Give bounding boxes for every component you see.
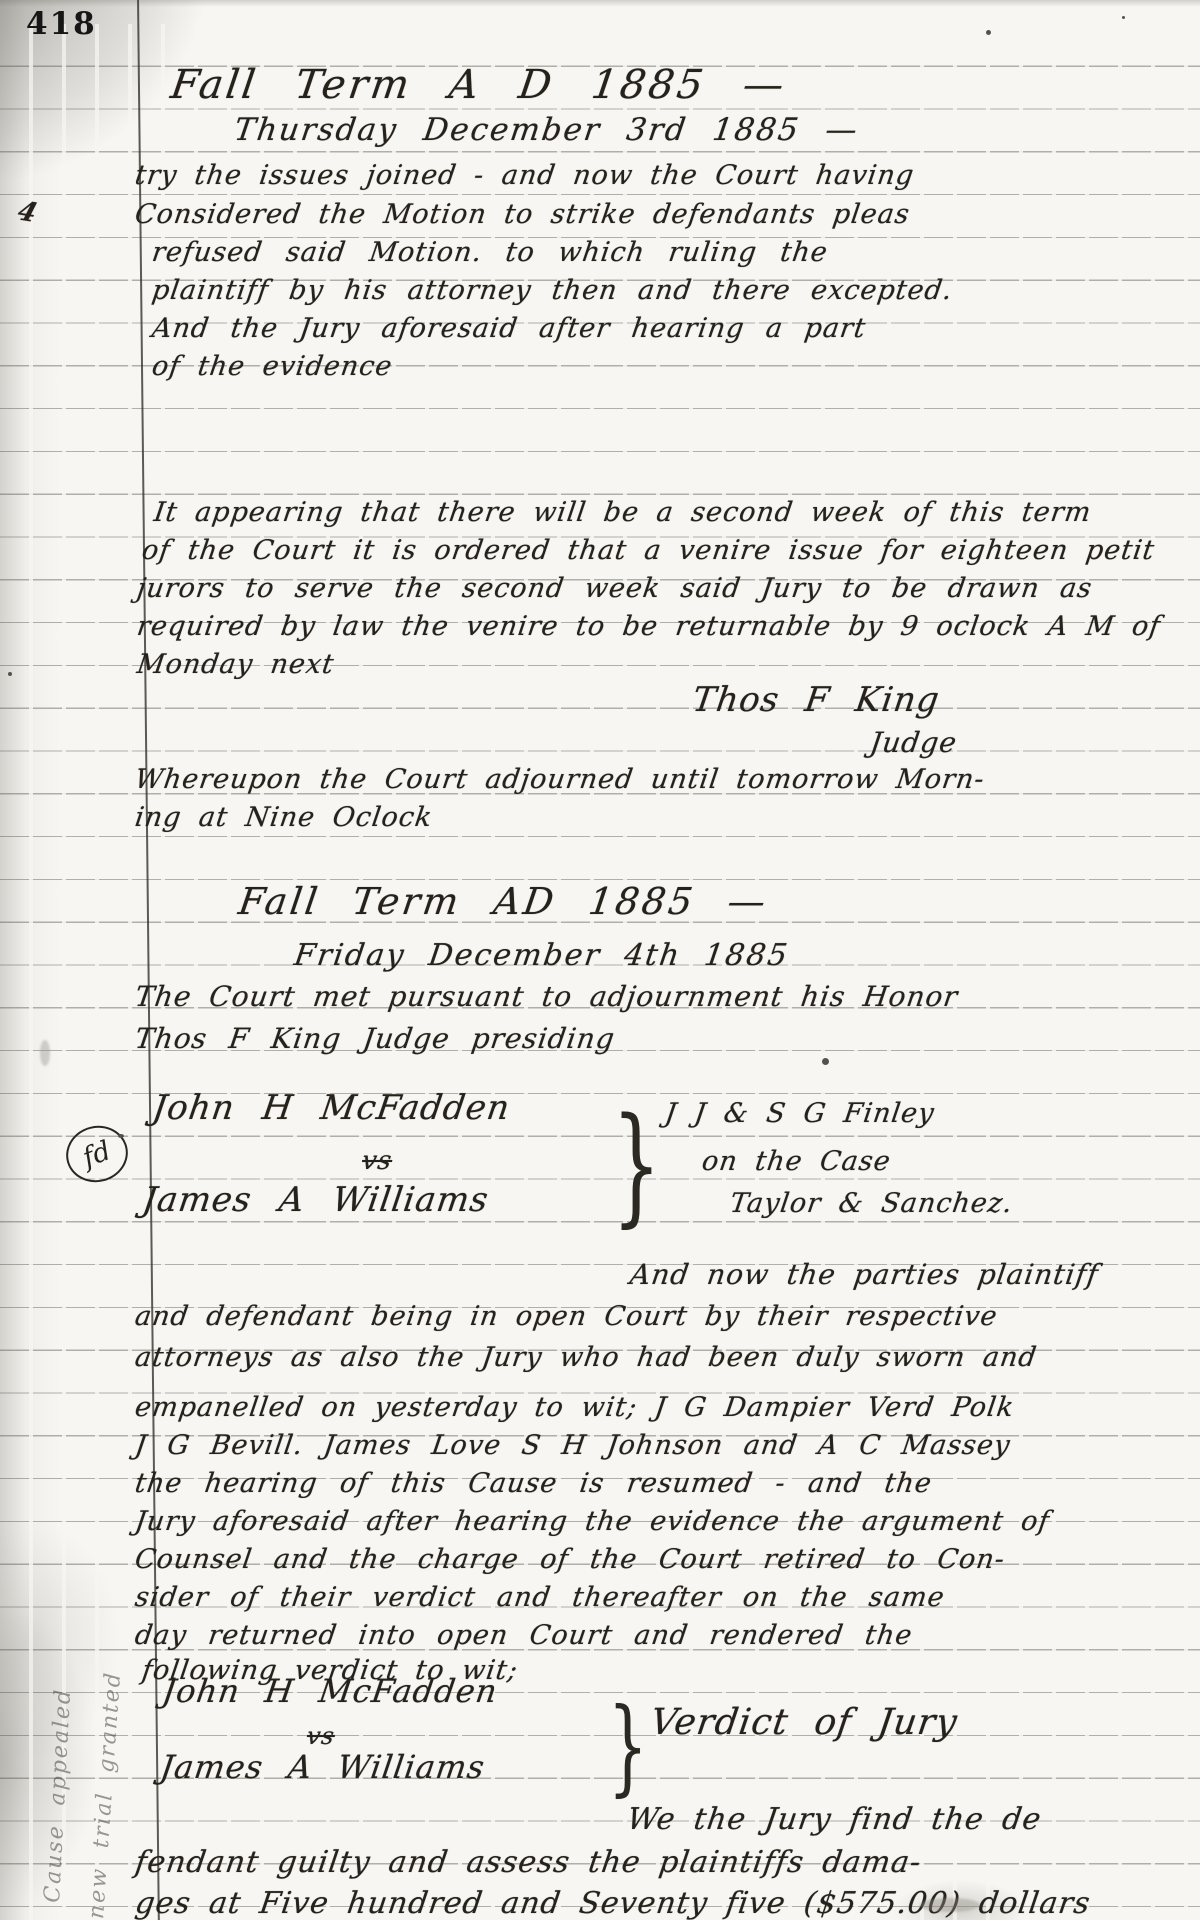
verdict-caption-bracket: }: [608, 1678, 648, 1814]
verdict-caption-versus: vs: [305, 1722, 337, 1750]
entry1-para1-line: plaintiff by his attorney then and there…: [150, 275, 955, 306]
entry2-heading: Fall Term AD 1885 —: [236, 880, 771, 923]
caption-attorney-line: on the Case: [700, 1146, 893, 1177]
entry1-para1-line: Considered the Motion to strike defendan…: [133, 199, 912, 230]
entry1-date-line: Thursday December 3rd 1885 —: [232, 112, 861, 148]
verdict-caption-label: Verdict of Jury: [648, 1702, 960, 1743]
caption-defendant: James A Williams: [140, 1180, 491, 1220]
entry1-para2-line: required by law the venire to be returna…: [135, 611, 1163, 642]
entry1-adjournment-line: ing at Nine Oclock: [133, 802, 435, 833]
caption-plaintiff: John H McFadden: [150, 1088, 513, 1128]
entry2-opening-line: The Court met pursuant to adjournment hi…: [133, 980, 960, 1013]
entry1-para2-line: jurors to serve the second week said Jur…: [135, 573, 1094, 604]
scan-speck: [118, 1134, 124, 1138]
entry1-para1-line: And the Jury aforesaid after hearing a p…: [150, 313, 868, 344]
verdict-line: fendant guilty and assess the plaintiffs…: [133, 1845, 924, 1880]
page-number: 418: [26, 6, 97, 42]
caption-attorney-line: J J & S G Finley: [663, 1098, 937, 1129]
verdict-caption-defendant: James A Williams: [158, 1748, 488, 1786]
caption-bracket: }: [612, 1082, 661, 1250]
entry2-opening-line: Thos F King Judge presiding: [133, 1022, 617, 1055]
entry2-body-line: day returned into open Court and rendere…: [133, 1620, 915, 1651]
entry1-para2-line: of the Court it is ordered that a venire…: [140, 535, 1157, 566]
verdict-caption-plaintiff: John H McFadden: [160, 1672, 500, 1710]
scan-speck: [986, 30, 991, 35]
entry2-body-line: Jury aforesaid after hearing the evidenc…: [133, 1506, 1052, 1537]
scan-smudge: [920, 1898, 980, 1912]
scan-smudge: [40, 1040, 50, 1066]
entry2-date-line: Friday December 4th 1885: [292, 938, 791, 973]
scan-speck: [8, 672, 12, 676]
judge-signature: Thos F King: [690, 680, 942, 720]
entry2-body-line: Counsel and the charge of the Court reti…: [133, 1544, 1007, 1575]
caption-versus: vs: [360, 1146, 394, 1176]
entry1-para2-line: It appearing that there will be a second…: [152, 497, 1094, 528]
entry2-body-line: attorneys as also the Jury who had been …: [133, 1342, 1039, 1373]
entry1-heading: Fall Term A D 1885 —: [168, 62, 790, 108]
entry1-para1-line: try the issues joined - and now the Cour…: [133, 160, 916, 191]
entry1-para2-line: Monday next: [135, 649, 336, 680]
circled-margin-note-text: fd: [79, 1135, 115, 1173]
scan-speck: [1122, 16, 1125, 19]
entry2-body-line: sider of their verdict and thereafter on…: [133, 1582, 947, 1613]
entry2-body-line: And now the parties plaintiff: [628, 1258, 1101, 1291]
entry1-para1-line: refused said Motion. to which ruling the: [150, 237, 830, 268]
entry2-body-line: empanelled on yesterday to wit; J G Damp…: [133, 1392, 1016, 1423]
judge-title: Judge: [868, 726, 959, 759]
caption-attorney-line: Taylor & Sanchez.: [728, 1188, 1015, 1219]
ink-dot: [822, 1058, 829, 1065]
verdict-line: We the Jury find the de: [625, 1802, 1044, 1837]
entry1-para1-line: of the evidence: [150, 351, 395, 382]
entry2-body-line: J G Bevill. James Love S H Johnson and A…: [133, 1430, 1013, 1461]
ledger-page-scan: 418 4 Fall Term A D 1885 — Thursday Dece…: [0, 0, 1200, 1920]
entry2-body-line: the hearing of this Cause is resumed - a…: [133, 1468, 934, 1499]
entry2-body-line: and defendant being in open Court by the…: [133, 1301, 1000, 1332]
entry1-adjournment-line: Whereupon the Court adjourned until tomo…: [133, 764, 987, 795]
